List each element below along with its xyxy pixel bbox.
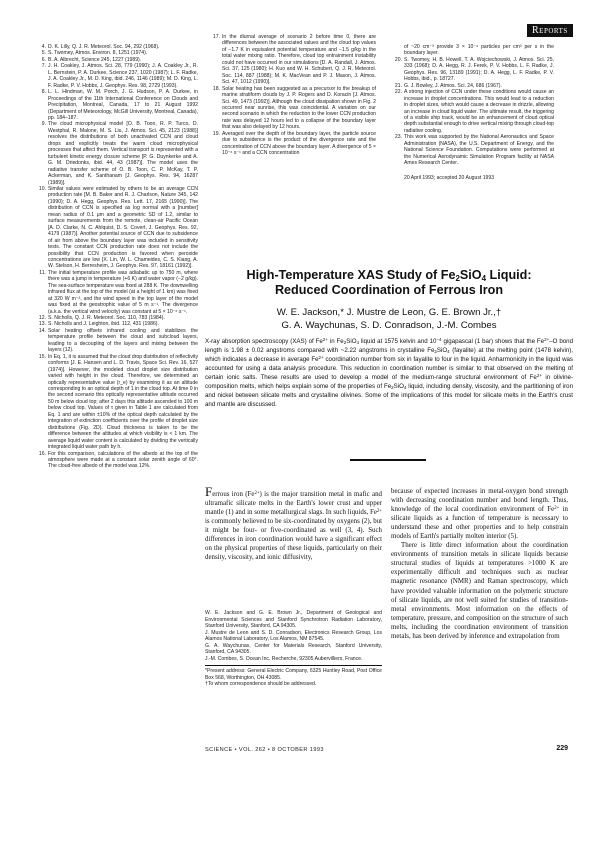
- reference-item: 22.A strong injection of CCN under these…: [394, 89, 554, 134]
- author-affiliations: W. E. Jackson and G. E. Brown Jr., Depar…: [205, 610, 382, 688]
- reference-item: 16.For this comparison, calculations of …: [38, 451, 198, 470]
- reference-item: 20.S. Twomey, H. B. Howell, T. A. Wojcie…: [394, 57, 554, 83]
- references-column-right: of ~20 cm⁻³ provide 3 × 10⁻⁴ particles p…: [394, 44, 554, 186]
- article-authors: W. E. Jackson,* J. Mustre de Leon, G. E.…: [204, 306, 574, 332]
- reference-item: 10.Similar values were estimated by othe…: [38, 186, 198, 270]
- footnote: *Present address: General Electric Compa…: [205, 668, 382, 681]
- reference-item: 8.L. L. Hindman, W. M. Porch, J. G. Huds…: [38, 89, 198, 121]
- reference-item: 17.In the diurnal average of scenario 2 …: [212, 34, 376, 86]
- received-accepted-dates: 20 April 1993; accepted 20 August 1993: [394, 175, 554, 181]
- article-title: High-Temperature XAS Study of Fe2SiO4 Li…: [204, 268, 574, 298]
- reference-item: 23.This work was supported by the Nation…: [394, 134, 554, 166]
- reference-item: 15.In Eq. 1, it is assumed that the clou…: [38, 354, 198, 451]
- article-abstract: X-ray absorption spectroscopy (XAS) of F…: [205, 337, 573, 409]
- reference-item: 19.Averaged over the depth of the bounda…: [212, 131, 376, 157]
- abstract-divider: [350, 459, 426, 461]
- reference-item: 18.Solar heating has been suggested as a…: [212, 86, 376, 131]
- reference-item: 7.J. H. Coakley, J. Atmos. Sci. 28, 779 …: [38, 63, 198, 89]
- body-text-left: Ferrous iron (Fe2+) is the major transit…: [205, 487, 382, 562]
- reference-item: 11.The initial temperature profile was a…: [38, 270, 198, 315]
- footnote: †To whom correspondence should be addres…: [205, 681, 382, 688]
- reference-item: 9.The cloud microphysical model [O. B. T…: [38, 121, 198, 186]
- page-number: 229: [520, 745, 568, 752]
- references-column-middle: 17.In the diurnal average of scenario 2 …: [212, 34, 376, 157]
- journal-page: Reports 4.D. K. Lilly, Q. J. R. Meteorol…: [0, 0, 595, 841]
- references-column-left: 4.D. K. Lilly, Q. J. R. Meteorol. Soc. 9…: [38, 44, 198, 470]
- journal-footer: SCIENCE • VOL. 262 • 8 OCTOBER 1993: [205, 747, 382, 753]
- reference-item: 14.Solar heating offsets infrared coolin…: [38, 328, 198, 354]
- reference-item: of ~20 cm⁻³ provide 3 × 10⁻⁴ particles p…: [394, 44, 554, 57]
- body-text-right: because of expected increases in metal-o…: [391, 487, 568, 641]
- footnote-divider: [205, 665, 382, 666]
- section-badge: Reports: [527, 24, 573, 37]
